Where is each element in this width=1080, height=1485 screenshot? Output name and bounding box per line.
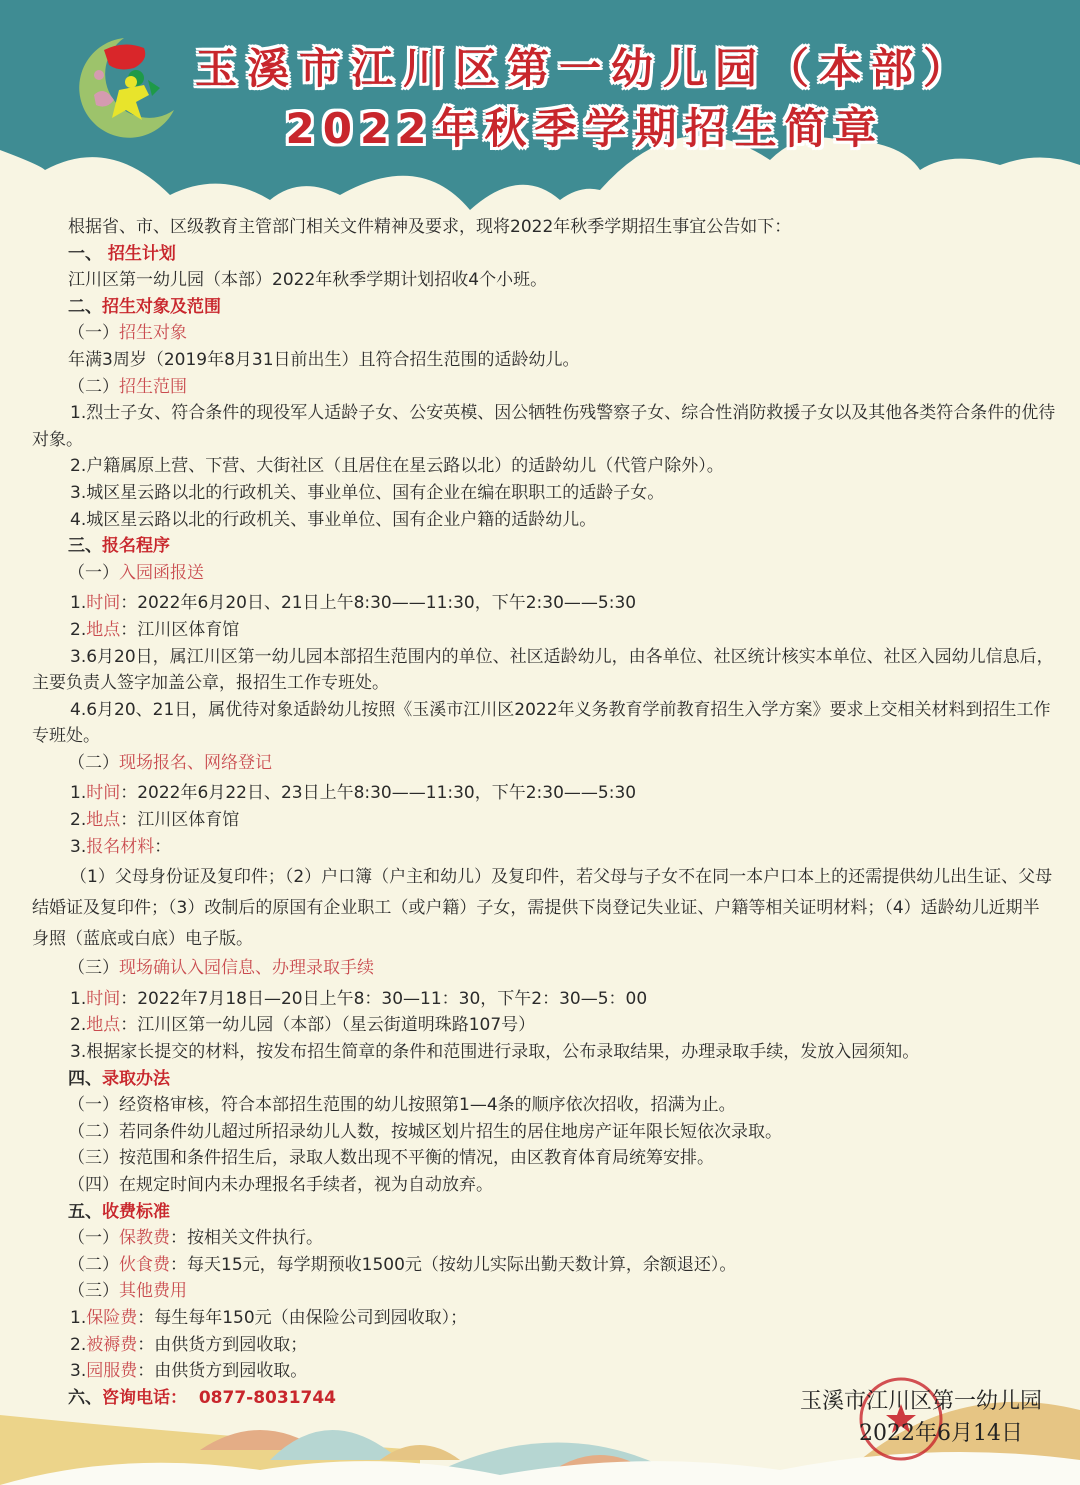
scope-item-4: 4.城区星云路以北的行政机关、事业单位、国有企业户籍的适龄幼儿。 (32, 507, 1056, 534)
section-2-sub1-text: 年满3周岁（2019年8月31日前出生）且符合招生范围的适龄幼儿。 (32, 347, 1056, 374)
step-3-item-3: 3.根据家长提交的材料，按发布招生简章的条件和范围进行录取，公布录取结果，办理录… (32, 1039, 1056, 1066)
step-2-materials: （1）父母身份证及复印件；（2）户口簿（户主和幼儿）及复印件，若父母与子女不在同… (32, 862, 1056, 955)
step-1-place: 2.地点：江川区体育馆 (32, 617, 1056, 644)
step-1-heading: （一）入园函报送 (32, 560, 1056, 587)
step-2-time: 1.时间：2022年6月22日、23日上午8:30——11:30，下午2:30—… (32, 780, 1056, 807)
page-title-line1: 玉溪市江川区第一幼儿园（本部） (190, 36, 980, 96)
section-5-heading: 五、收费标准 (32, 1199, 1056, 1226)
scope-item-3: 3.城区星云路以北的行政机关、事业单位、国有企业在编在职职工的适龄子女。 (32, 480, 1056, 507)
scope-item-1: 1.烈士子女、符合条件的现役军人适龄子女、公安英模、因公牺牲伤残警察子女、综合性… (32, 400, 1056, 453)
step-1-item-3: 3.6月20日，属江川区第一幼儿园本部招生范围内的单位、社区适龄幼儿，由各单位、… (32, 644, 1056, 697)
scope-item-2: 2.户籍属原上营、下营、大街社区（且居住在星云路以北）的适龄幼儿（代管户除外）。 (32, 453, 1056, 480)
notice-body: 根据省、市、区级教育主管部门相关文件精神及要求，现将2022年秋季学期招生事宜公… (32, 214, 1056, 1411)
step-1-item-4: 4.6月20、21日，属优待对象适龄幼儿按照《玉溪市江川区2022年义务教育学前… (32, 697, 1056, 750)
step-3-place: 2.地点：江川区第一幼儿园（本部）（星云街道明珠路107号） (32, 1012, 1056, 1039)
step-2-materials-label: 3.报名材料： (32, 834, 1056, 861)
signature-date: 2022年6月14日 (800, 1418, 1042, 1450)
admission-rule-1: （一）经资格审核，符合本部招生范围的幼儿按照第1—4条的顺序依次招收，招满为止。 (32, 1092, 1056, 1119)
kindergarten-logo (64, 30, 184, 145)
signature-block: 玉溪市江川区第一幼儿园 2022年6月14日 (800, 1386, 1042, 1450)
intro-text: 根据省、市、区级教育主管部门相关文件精神及要求，现将2022年秋季学期招生事宜公… (32, 214, 1056, 241)
signature-org: 玉溪市江川区第一幼儿园 (800, 1386, 1042, 1418)
admission-rule-3: （三）按范围和条件招生后，录取人数出现不平衡的情况，由区教育体育局统筹安排。 (32, 1145, 1056, 1172)
step-1-time: 1.时间：2022年6月20日、21日上午8:30——11:30，下午2:30—… (32, 590, 1056, 617)
section-4-heading: 四、录取办法 (32, 1066, 1056, 1093)
step-3-time: 1.时间：2022年7月18日—20日上午8：30—11：30，下午2：30—5… (32, 986, 1056, 1013)
section-2-sub2: （二）招生范围 (32, 374, 1056, 401)
fee-other-heading: （三）其他费用 (32, 1278, 1056, 1305)
step-2-heading: （二）现场报名、网络登记 (32, 750, 1056, 777)
fee-bedding: 2.被褥费：由供货方到园收取； (32, 1332, 1056, 1359)
admission-rule-4: （四）在规定时间内未办理报名手续者，视为自动放弃。 (32, 1172, 1056, 1199)
fee-tuition: （一）保教费：按相关文件执行。 (32, 1225, 1056, 1252)
page-title-line2: 2022年秋季学期招生简章 (190, 96, 980, 156)
fee-meals: （二）伙食费：每天15元，每学期预收1500元（按幼儿实际出勤天数计算，余额退还… (32, 1252, 1056, 1279)
admission-rule-2: （二）若同条件幼儿超过所招录幼儿人数，按城区划片招生的居住地房产证年限长短依次录… (32, 1119, 1056, 1146)
section-3-heading: 三、报名程序 (32, 533, 1056, 560)
fee-insurance: 1.保险费：每生每年150元（由保险公司到园收取）； (32, 1305, 1056, 1332)
step-2-place: 2.地点：江川区体育馆 (32, 807, 1056, 834)
step-3-heading: （三）现场确认入园信息、办理录取手续 (32, 955, 1056, 982)
section-2-heading: 二、招生对象及范围 (32, 294, 1056, 321)
section-1-heading: 一、 招生计划 (32, 241, 1056, 268)
section-2-sub1: （一）招生对象 (32, 320, 1056, 347)
section-1-text: 江川区第一幼儿园（本部）2022年秋季学期计划招收4个小班。 (32, 267, 1056, 294)
